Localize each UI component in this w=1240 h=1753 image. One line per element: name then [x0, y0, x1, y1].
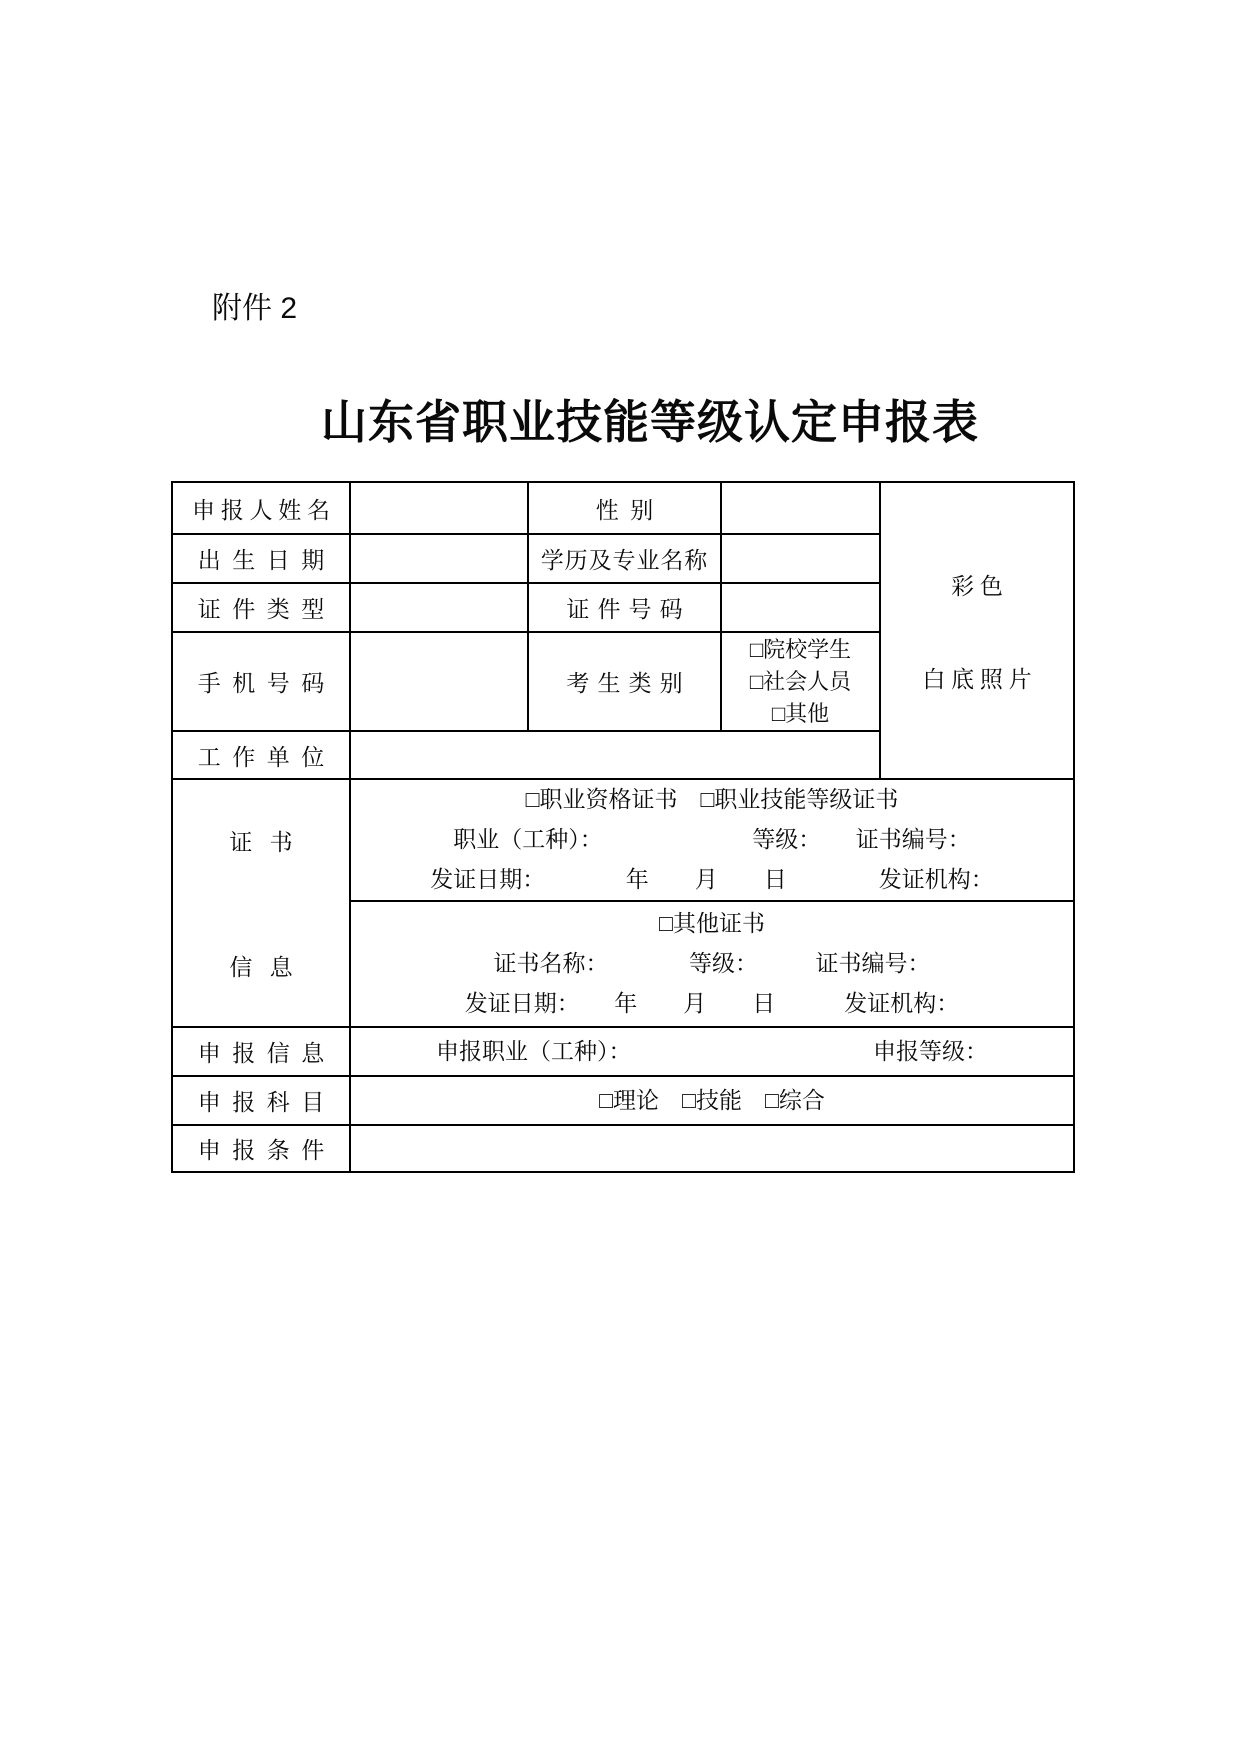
- other-cert-line-issue-date: 发证日期： 年 月 日 发证机构：: [351, 984, 1073, 1024]
- input-cell-birth-date: [350, 534, 528, 583]
- checkbox-option-social-member: □社会人员: [722, 666, 879, 698]
- label-gender: 性别: [528, 482, 721, 534]
- row-application-info: 申报信息 申报职业（工种）： 申报等级：: [172, 1027, 1074, 1076]
- cert-line-occupation: 职业（工种）： 等级： 证书编号：: [351, 820, 1073, 860]
- label-applicant-name: 申报人姓名: [172, 482, 350, 534]
- row-applicant-name: 申报人姓名 性别 彩色 白底照片: [172, 482, 1074, 534]
- attachment-label: 附件 2: [212, 292, 297, 325]
- application-occupation-and-level: 申报职业（工种）： 申报等级：: [351, 1032, 1073, 1072]
- candidate-type-options: □院校学生 □社会人员 □其他: [721, 632, 880, 731]
- subject-options: □理论 □技能 □综合: [350, 1076, 1074, 1125]
- application-form-table: 申报人姓名 性别 彩色 白底照片 出生日期 学历及专业名称 证件类型: [171, 481, 1075, 1173]
- photo-note-line1: 彩色: [945, 568, 1008, 601]
- label-work-unit: 工作单位: [172, 731, 350, 779]
- checkbox-option-college-student: □院校学生: [722, 634, 879, 666]
- label-id-type: 证件类型: [172, 583, 350, 632]
- document-page: 附件 2 山东省职业技能等级认定申报表 申报人姓名 性别 彩色 白底照片: [0, 0, 1240, 1753]
- label-application-subject: 申报科目: [172, 1076, 350, 1125]
- label-birth-date: 出生日期: [172, 534, 350, 583]
- label-application-info: 申报信息: [172, 1027, 350, 1076]
- checkbox-option-other: □其他: [722, 698, 879, 730]
- input-cell-gender: [721, 482, 880, 534]
- cert-section-other: □其他证书 证书名称： 等级： 证书编号： 发证日期： 年 月 日 发证机构：: [350, 901, 1074, 1027]
- label-education-major: 学历及专业名称: [528, 534, 721, 583]
- photo-note-line2: 白底照片: [917, 661, 1038, 694]
- label-candidate-type: 考生类别: [528, 632, 721, 731]
- input-cell-applicant-name: [350, 482, 528, 534]
- input-cell-application-condition: [350, 1125, 1074, 1172]
- photo-box: 彩色 白底照片: [880, 482, 1074, 779]
- cert-line-issue-date: 发证日期： 年 月 日 发证机构：: [351, 860, 1073, 900]
- input-cell-work-unit: [350, 731, 880, 779]
- application-info-content: 申报职业（工种）： 申报等级：: [350, 1027, 1074, 1076]
- row-application-subject: 申报科目 □理论 □技能 □综合: [172, 1076, 1074, 1125]
- row-application-condition: 申报条件: [172, 1125, 1074, 1172]
- other-cert-line-type: □其他证书: [351, 904, 1073, 944]
- label-application-condition: 申报条件: [172, 1125, 350, 1172]
- input-cell-education-major: [721, 534, 880, 583]
- row-cert-info-1: 证书 信息 □职业资格证书 □职业技能等级证书 职业（工种）： 等级： 证书编号…: [172, 779, 1074, 901]
- form-title: 山东省职业技能等级认定申报表: [30, 394, 1240, 452]
- other-cert-line-name: 证书名称： 等级： 证书编号：: [351, 944, 1073, 984]
- checkbox-options-subjects: □理论 □技能 □综合: [351, 1081, 1073, 1121]
- cert-section-qualification: □职业资格证书 □职业技能等级证书 职业（工种）： 等级： 证书编号： 发证日期…: [350, 779, 1074, 901]
- label-cert-info-line2: 信息: [212, 949, 310, 982]
- input-cell-id-type: [350, 583, 528, 632]
- label-phone: 手机号码: [172, 632, 350, 731]
- label-cert-info-line1: 证书: [212, 824, 310, 857]
- cert-line-types: □职业资格证书 □职业技能等级证书: [351, 780, 1073, 820]
- input-cell-phone: [350, 632, 528, 731]
- label-id-number: 证件号码: [528, 583, 721, 632]
- input-cell-id-number: [721, 583, 880, 632]
- label-cert-info: 证书 信息: [172, 779, 350, 1027]
